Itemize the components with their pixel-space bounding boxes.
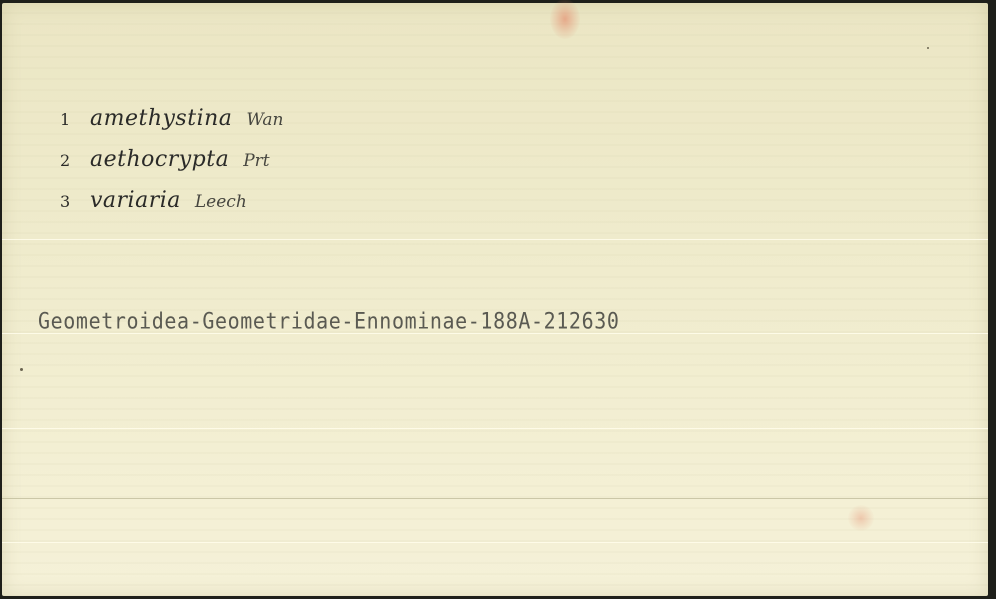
card-ruling (2, 498, 988, 499)
species-name: variaria (90, 181, 181, 221)
species-name: aethocrypta (90, 140, 229, 180)
index-card: 1 amethystina Wan 2 aethocrypta Prt 3 va… (2, 3, 988, 596)
paper-speck (20, 368, 23, 371)
entry-number: 3 (60, 182, 90, 222)
card-ruling (2, 428, 988, 429)
taxonomy-identifier: Geometroidea-Geometridae-Ennominae-188A-… (38, 307, 620, 334)
species-entry: 3 variaria Leech (60, 181, 283, 222)
species-name: amethystina (90, 99, 232, 139)
species-author: Leech (195, 182, 247, 222)
ink-stain (848, 505, 874, 531)
handwritten-species-list: 1 amethystina Wan 2 aethocrypta Prt 3 va… (60, 99, 283, 222)
entry-number: 2 (60, 141, 90, 181)
entry-number: 1 (60, 100, 90, 140)
species-author: Wan (246, 100, 283, 140)
species-author: Prt (243, 141, 269, 181)
card-ruling (2, 239, 988, 240)
species-entry: 1 amethystina Wan (60, 99, 283, 140)
ink-stain (550, 0, 580, 39)
card-ruling (2, 542, 988, 543)
species-entry: 2 aethocrypta Prt (60, 140, 283, 181)
paper-speck (927, 47, 929, 49)
